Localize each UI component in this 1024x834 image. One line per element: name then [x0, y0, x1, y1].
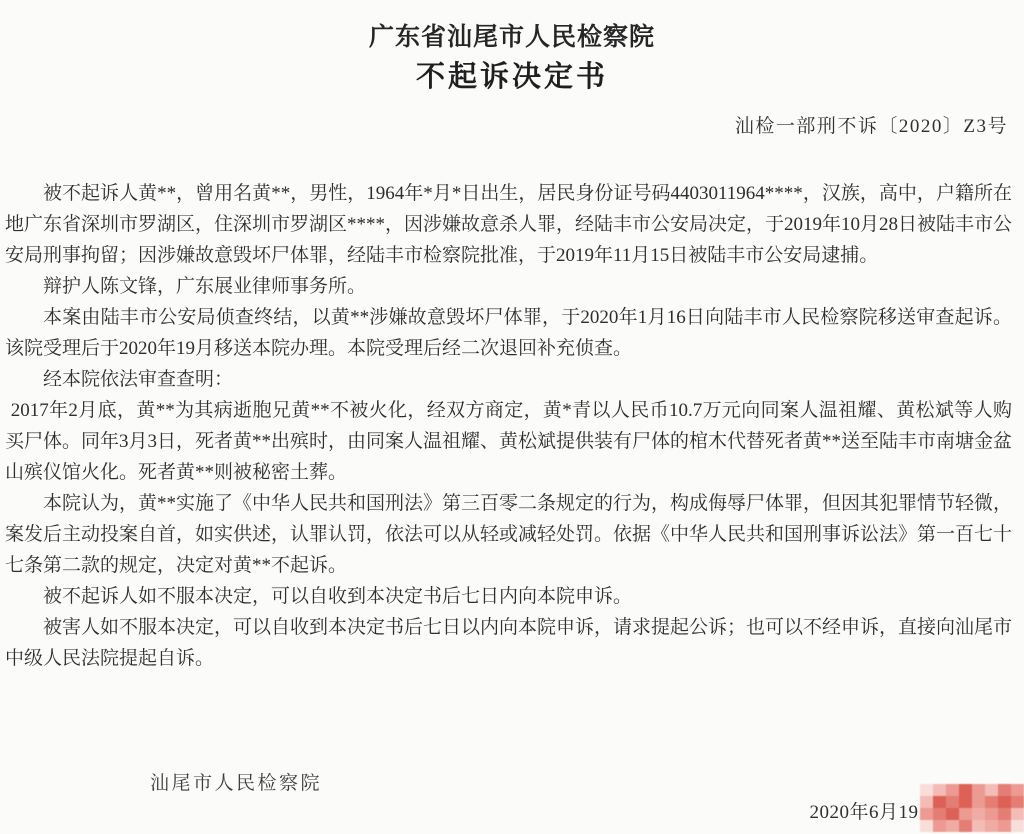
issue-date: 2020年6月19日 [809, 797, 938, 824]
case-number: 汕检一部刑不诉〔2020〕Z3号 [0, 111, 1024, 138]
signature-procuratorate: 汕尾市人民检察院 [150, 768, 322, 795]
nonprosecution-decision-page: 广东省汕尾市人民检察院 不起诉决定书 汕检一部刑不诉〔2020〕Z3号 被不起诉… [0, 0, 1024, 834]
document-title: 不起诉决定书 [0, 59, 1024, 95]
procuratorate-name-title: 广东省汕尾市人民检察院 [0, 22, 1024, 54]
redaction-stamp-mosaic [920, 784, 1024, 832]
paragraph-appeal-right-nonprosecuted: 被不起诉人如不服本决定，可以自收到本决定书后七日内向本院申诉。 [5, 581, 1012, 612]
document-body: 被不起诉人黄**，曾用名黄**，男性，1964年*月*日出生，居民身份证号码44… [0, 178, 1024, 674]
paragraph-defender: 辩护人陈文锋，广东展业律师事务所。 [5, 271, 1012, 302]
paragraph-appeal-right-victim: 被害人如不服本决定，可以自收到本决定书后七日以内向本院申诉，请求提起公诉；也可以… [5, 612, 1012, 674]
paragraph-procuratorate-opinion: 本院认为，黄**实施了《中华人民共和国刑法》第三百零二条规定的行为，构成侮辱尸体… [5, 488, 1012, 581]
paragraph-findings-header: 经本院依法审查查明： [5, 364, 1012, 395]
paragraph-case-transfer: 本案由陆丰市公安局侦查终结，以黄**涉嫌故意毁坏尸体罪，于2020年1月16日向… [5, 302, 1012, 364]
paragraph-case-facts: 2017年2月底，黄**为其病逝胞兄黄**不被火化，经双方商定，黄*青以人民币1… [5, 395, 1012, 488]
paragraph-defendant-info: 被不起诉人黄**，曾用名黄**，男性，1964年*月*日出生，居民身份证号码44… [5, 178, 1012, 271]
